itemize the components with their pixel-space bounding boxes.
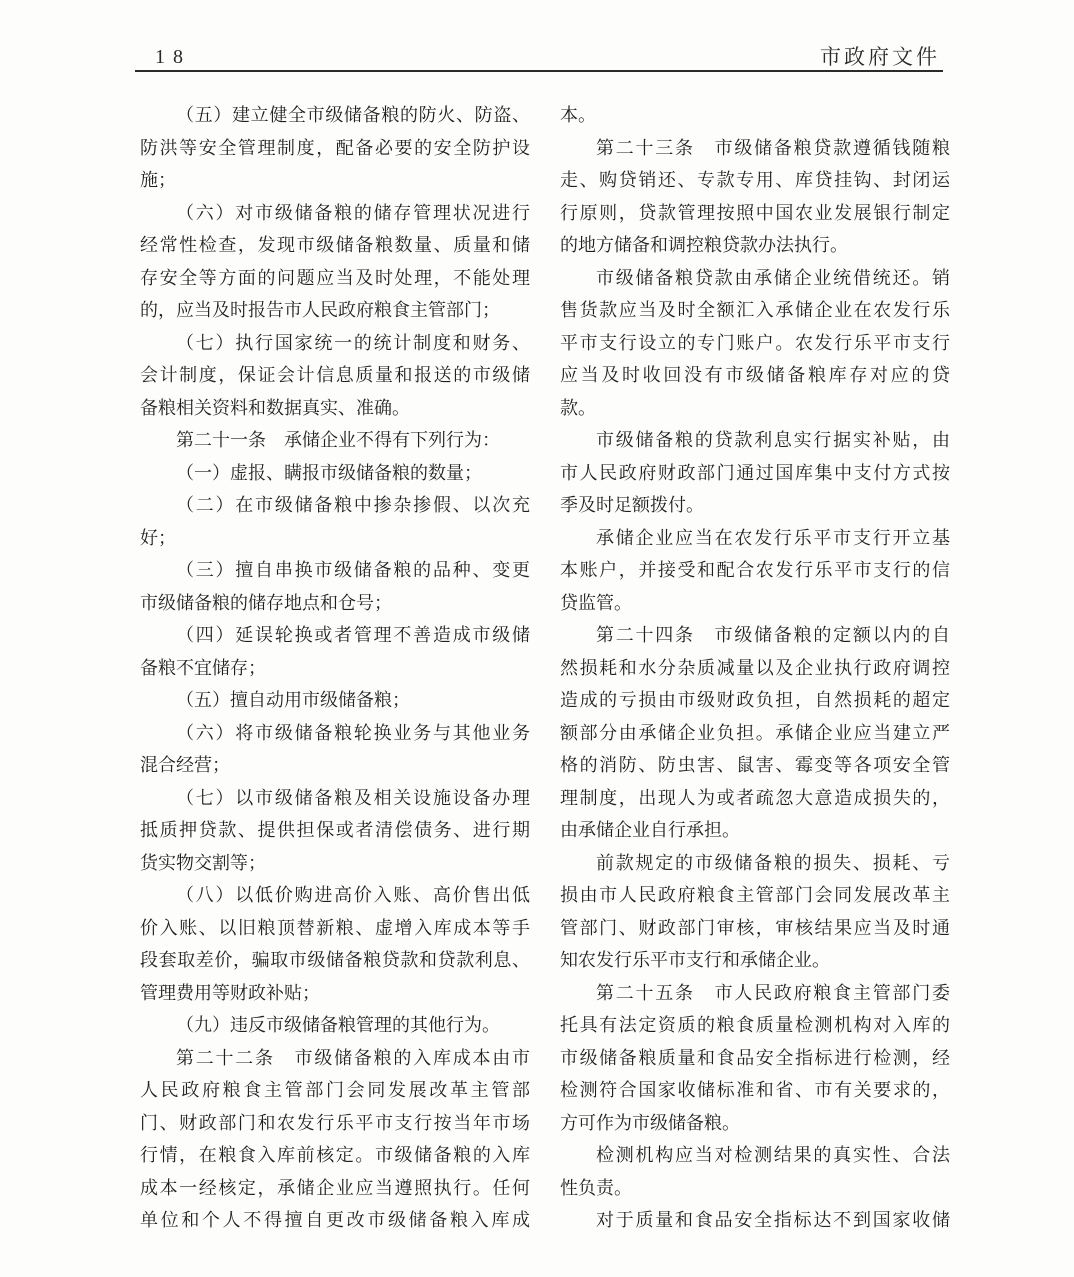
text-line: （五）建立健全市级储备粮的防火、防盗、 [140, 99, 530, 132]
text-line: 的地方储备和调控粮贷款办法执行。 [560, 229, 950, 262]
text-line: 格的消防、防虫害、鼠害、霉变等各项安全管 [560, 749, 950, 782]
text-line: 行情，在粮食入库前核定。市级储备粮的入库 [140, 1139, 530, 1172]
text-line: 知农发行乐平市支行和承储企业。 [560, 944, 950, 977]
text-line: （八）以低价购进高价入账、高价售出低 [140, 879, 530, 912]
text-line: 单位和个人不得擅自更改市级储备粮入库成 [140, 1204, 530, 1237]
header-doc-type: 市政府文件 [820, 41, 940, 71]
text-line: （九）违反市级储备粮管理的其他行为。 [140, 1009, 530, 1042]
text-line: （六）将市级储备粮轮换业务与其他业务 [140, 717, 530, 750]
text-line: 售货款应当及时全额汇入承储企业在农发行乐 [560, 294, 950, 327]
text-line: 货实物交割等； [140, 847, 530, 880]
text-line: 本账户，并接受和配合农发行乐平市支行的信 [560, 554, 950, 587]
text-line: 然损耗和水分杂质减量以及企业执行政府调控 [560, 652, 950, 685]
column-left: （五）建立健全市级储备粮的防火、防盗、防洪等安全管理制度，配备必要的安全防护设施… [140, 99, 530, 1237]
text-line: 市级储备粮的储存地点和仓号； [140, 587, 530, 620]
text-line: 款。 [560, 392, 950, 425]
text-line: 检测机构应当对检测结果的真实性、合法 [560, 1139, 950, 1172]
text-line: 好； [140, 522, 530, 555]
text-line: 成本一经核定，承储企业应当遵照执行。任何 [140, 1172, 530, 1205]
text-line: 损由市人民政府粮食主管部门会同发展改革主 [560, 879, 950, 912]
text-line: 托具有法定资质的粮食质量检测机构对入库的 [560, 1009, 950, 1042]
text-line: （一）虚报、瞒报市级储备粮的数量； [140, 457, 530, 490]
text-line: 方可作为市级储备粮。 [560, 1107, 950, 1140]
text-line: 抵质押贷款、提供担保或者清偿债务、进行期 [140, 814, 530, 847]
text-line: 市级储备粮贷款由承储企业统借统还。销 [560, 262, 950, 295]
text-line: （二）在市级储备粮中掺杂掺假、以次充 [140, 489, 530, 522]
text-line: 本。 [560, 99, 950, 132]
text-line: 贷监管。 [560, 587, 950, 620]
page-number: 18 [155, 46, 191, 69]
text-line: （七）以市级储备粮及相关设施设备办理 [140, 782, 530, 815]
text-line: 额部分由承储企业负担。承储企业应当建立严 [560, 717, 950, 750]
text-line: 混合经营； [140, 749, 530, 782]
text-line: （五）擅自动用市级储备粮； [140, 684, 530, 717]
text-line: 管部门、财政部门审核，审核结果应当及时通 [560, 912, 950, 945]
text-line: 存安全等方面的问题应当及时处理，不能处理 [140, 262, 530, 295]
text-line: 市级储备粮质量和食品安全指标进行检测，经 [560, 1042, 950, 1075]
text-line: 施； [140, 164, 530, 197]
text-line: （四）延误轮换或者管理不善造成市级储 [140, 619, 530, 652]
text-line: （三）擅自串换市级储备粮的品种、变更 [140, 554, 530, 587]
text-line: 备粮不宜储存； [140, 652, 530, 685]
text-line: 第二十二条 市级储备粮的入库成本由市 [140, 1042, 530, 1075]
text-line: 行原则，贷款管理按照中国农业发展银行制定 [560, 197, 950, 230]
text-line: 第二十三条 市级储备粮贷款遵循钱随粮 [560, 132, 950, 165]
text-line: 承储企业应当在农发行乐平市支行开立基 [560, 522, 950, 555]
text-line: 造成的亏损由市级财政负担，自然损耗的超定 [560, 684, 950, 717]
document-page: 18 市政府文件 （五）建立健全市级储备粮的防火、防盗、防洪等安全管理制度，配备… [0, 0, 1074, 1277]
text-line: 价入账、以旧粮顶替新粮、虚增入库成本等手 [140, 912, 530, 945]
text-line: 第二十四条 市级储备粮的定额以内的自 [560, 619, 950, 652]
text-line: 经常性检查，发现市级储备粮数量、质量和储 [140, 229, 530, 262]
text-line: 会计制度，保证会计信息质量和报送的市级储 [140, 359, 530, 392]
text-line: 备粮相关资料和数据真实、准确。 [140, 392, 530, 425]
text-line: 应当及时收回没有市级储备粮库存对应的贷 [560, 359, 950, 392]
text-line: 第二十五条 市人民政府粮食主管部门委 [560, 977, 950, 1010]
text-line: 对于质量和食品安全指标达不到国家收储 [560, 1204, 950, 1237]
text-line: 检测符合国家收储标准和省、市有关要求的， [560, 1074, 950, 1107]
text-line: 市人民政府财政部门通过国库集中支付方式按 [560, 457, 950, 490]
text-line: 季及时足额拨付。 [560, 489, 950, 522]
text-line: 理制度，出现人为或者疏忽大意造成损失的， [560, 782, 950, 815]
text-line: 前款规定的市级储备粮的损失、损耗、亏 [560, 847, 950, 880]
text-line: 管理费用等财政补贴； [140, 977, 530, 1010]
column-right: 本。第二十三条 市级储备粮贷款遵循钱随粮走、购贷销还、专款专用、库贷挂钩、封闭运… [560, 99, 950, 1237]
text-line: 门、财政部门和农发行乐平市支行按当年市场 [140, 1107, 530, 1140]
text-line: 性负责。 [560, 1172, 950, 1205]
text-line: 的，应当及时报告市人民政府粮食主管部门； [140, 294, 530, 327]
text-line: 人民政府粮食主管部门会同发展改革主管部 [140, 1074, 530, 1107]
text-line: 平市支行设立的专门账户。农发行乐平市支行 [560, 327, 950, 360]
text-line: 走、购贷销还、专款专用、库贷挂钩、封闭运 [560, 164, 950, 197]
text-line: （七）执行国家统一的统计制度和财务、 [140, 327, 530, 360]
text-line: 防洪等安全管理制度，配备必要的安全防护设 [140, 132, 530, 165]
text-line: 段套取差价，骗取市级储备粮贷款和贷款利息、 [140, 944, 530, 977]
text-line: 市级储备粮的贷款利息实行据实补贴，由 [560, 424, 950, 457]
text-line: （六）对市级储备粮的储存管理状况进行 [140, 197, 530, 230]
text-line: 第二十一条 承储企业不得有下列行为： [140, 424, 530, 457]
text-line: 由承储企业自行承担。 [560, 814, 950, 847]
header-rule [135, 70, 943, 72]
